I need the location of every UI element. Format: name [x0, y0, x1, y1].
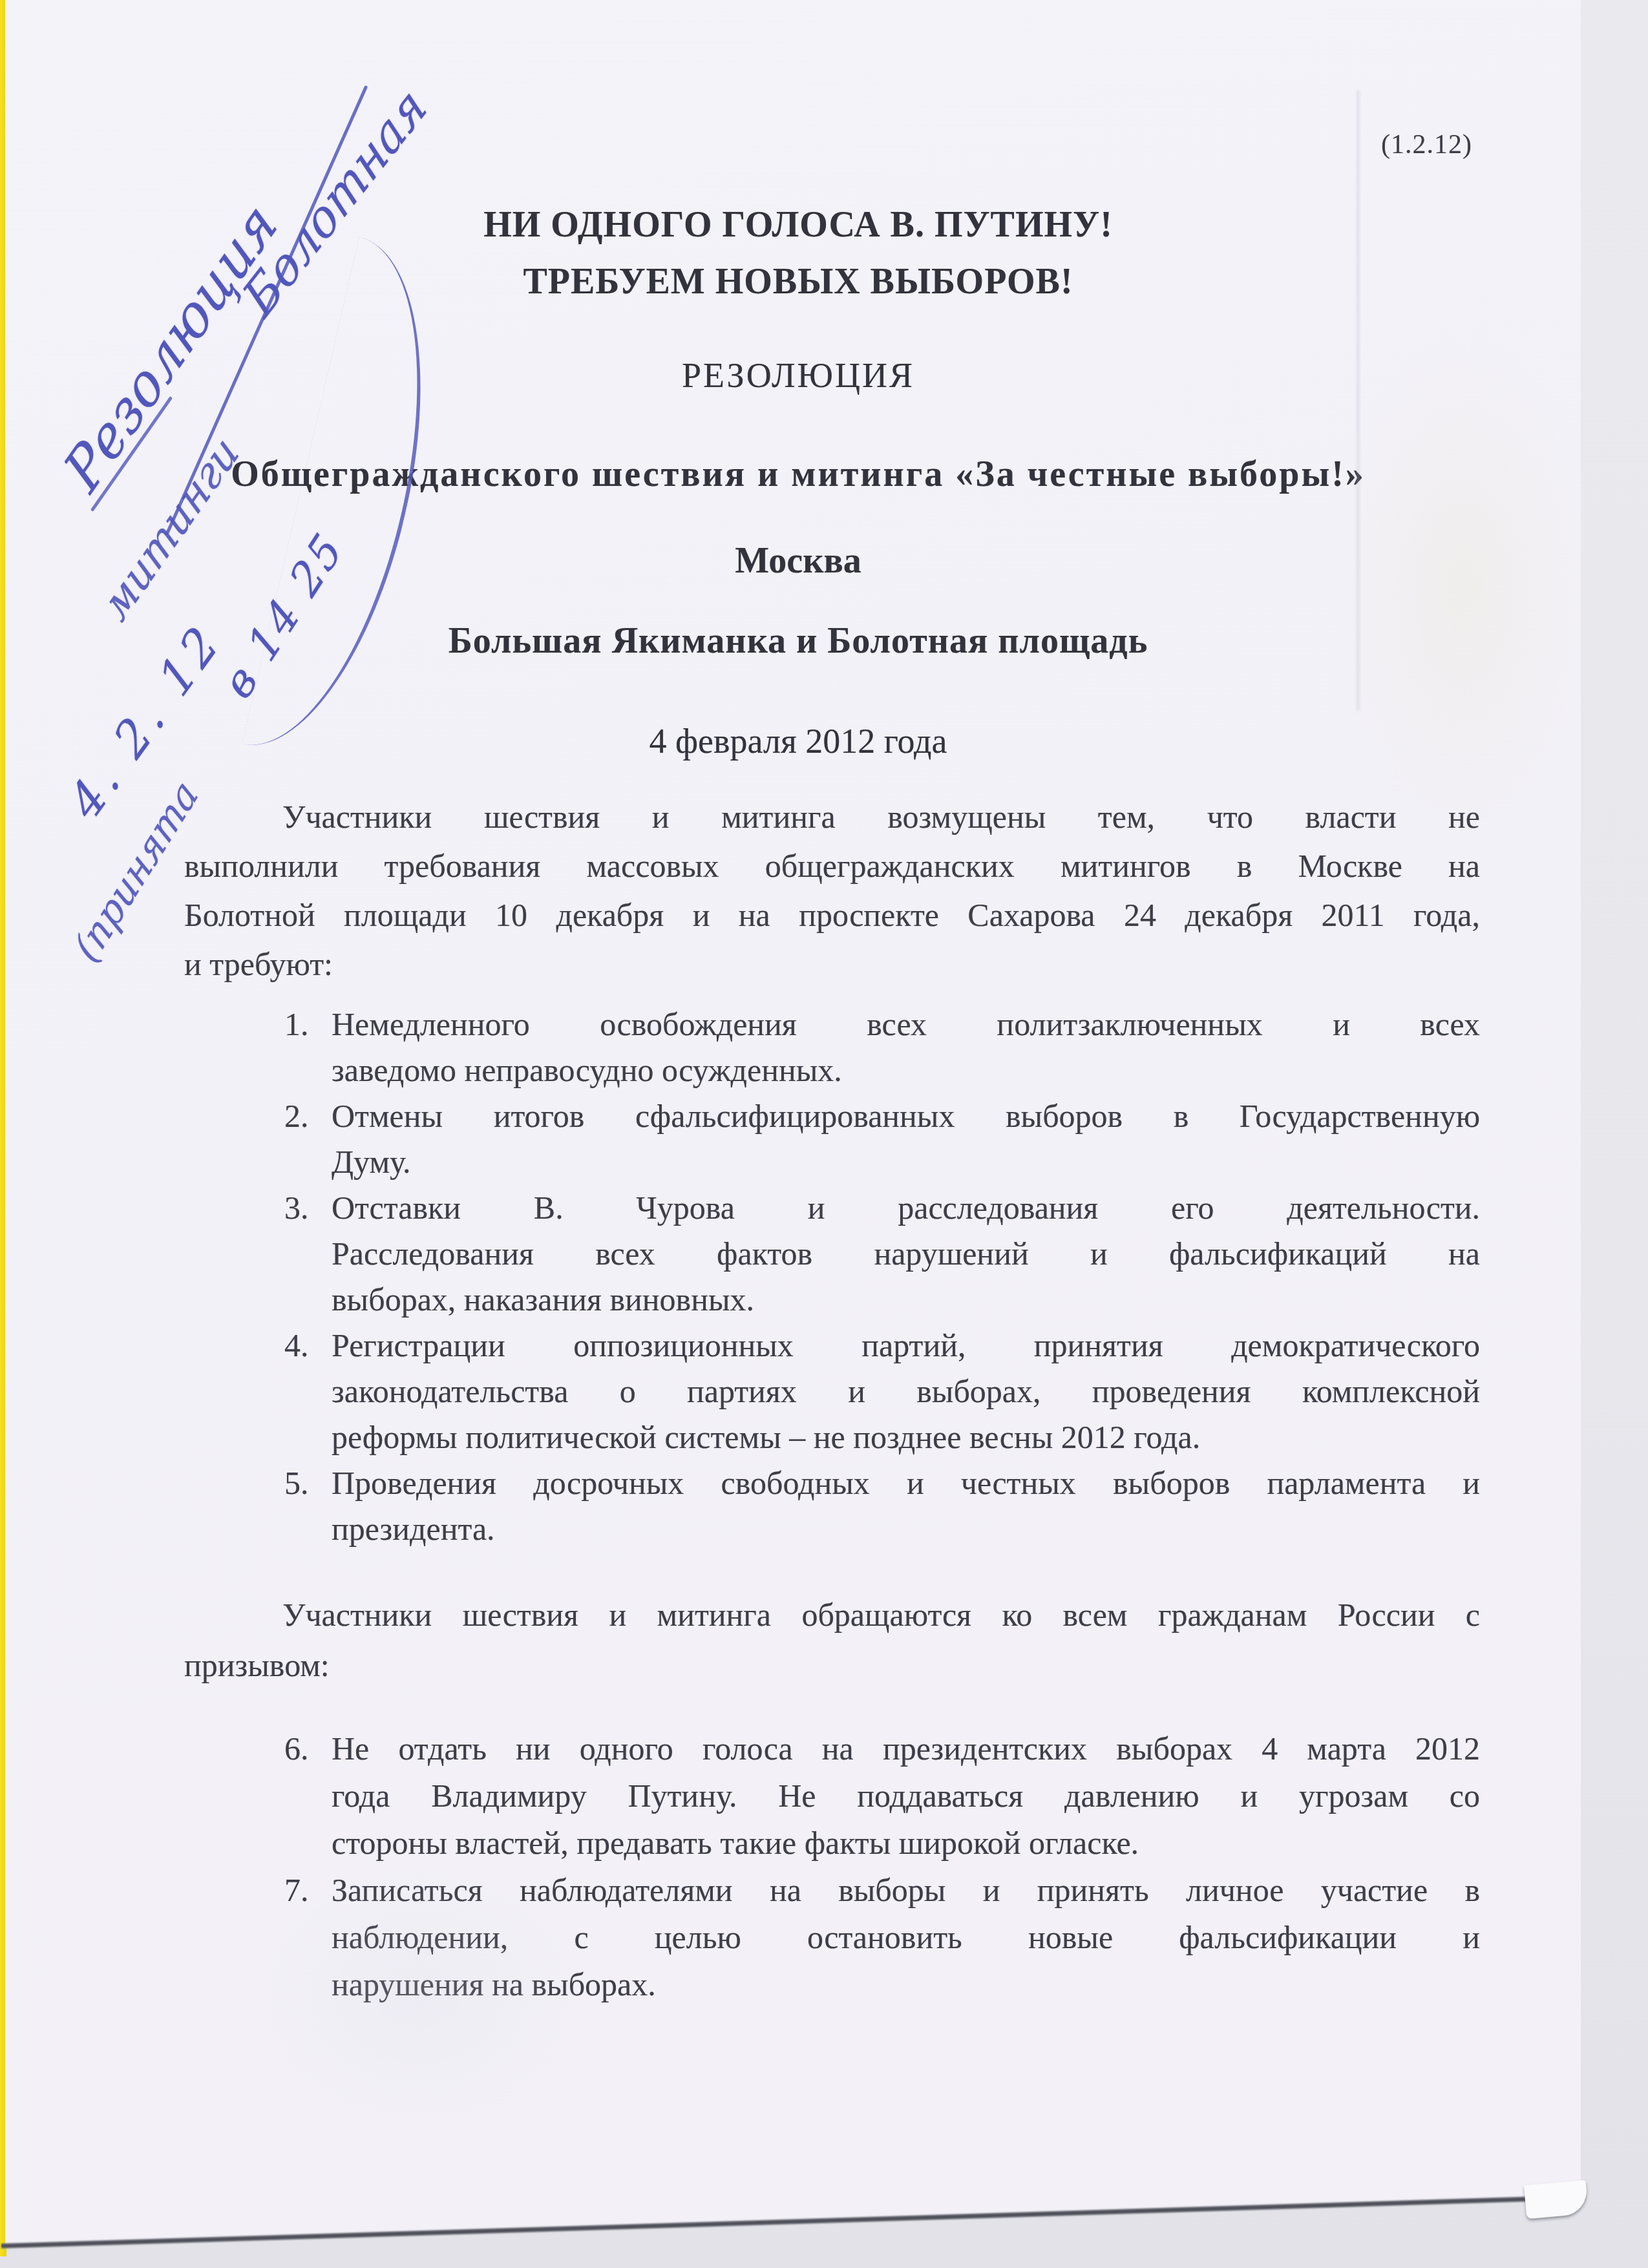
list-item: 6. Не отдать ни одного голоса на президе…: [184, 1725, 1480, 1867]
paper-sheet: (1.2.12) НИ ОДНОГО ГОЛОСА В. ПУТИНУ! ТРЕ…: [5, 0, 1581, 2268]
date-heading: 4 февраля 2012 года: [110, 721, 1486, 761]
item-number: 5.: [284, 1460, 309, 1506]
paragraph-line: Болотной площади 10 декабря и на проспек…: [184, 890, 1480, 940]
list-item: 4. Регистрации оппозиционных партий, при…: [184, 1323, 1480, 1460]
item-number: 4.: [284, 1323, 309, 1369]
item-number: 1.: [284, 1002, 309, 1047]
list-item: 5. Проведения досрочных свободных и чест…: [184, 1460, 1480, 1552]
paragraph-line: Участники шествия и митинга обращаются к…: [184, 1590, 1480, 1640]
scanned-document-page: (1.2.12) НИ ОДНОГО ГОЛОСА В. ПУТИНУ! ТРЕ…: [0, 0, 1648, 2268]
list-item: 3. Отставки В. Чурова и расследования ег…: [184, 1185, 1480, 1323]
item-line: заведомо неправосудно осужденных.: [332, 1047, 1480, 1093]
item-number: 3.: [284, 1185, 309, 1231]
demands-list: 1. Немедленного освобождения всех политз…: [184, 1002, 1480, 1552]
page-note: (1.2.12): [1227, 129, 1472, 160]
item-line: стороны властей, предавать такие факты ш…: [332, 1820, 1480, 1867]
list-item: 1. Немедленного освобождения всех политз…: [184, 1002, 1480, 1093]
item-number: 6.: [284, 1725, 309, 1772]
item-line: законодательства о партиях и выборах, пр…: [332, 1369, 1480, 1414]
paper-stain: [251, 1861, 587, 2132]
appeal-paragraph: Участники шествия и митинга обращаются к…: [184, 1590, 1480, 1690]
paragraph-line: Участники шествия и митинга возмущены те…: [184, 792, 1480, 841]
item-line: Немедленного освобождения всех политзакл…: [332, 1002, 1480, 1047]
item-number: 2.: [284, 1093, 309, 1139]
item-line: Не отдать ни одного голоса на президентс…: [332, 1725, 1480, 1772]
item-line: Отмены итогов сфальсифицированных выборо…: [332, 1093, 1480, 1139]
paper-stain: [1324, 323, 1601, 853]
paper-corner-curl: [1524, 2180, 1589, 2219]
paragraph-line: и требуют:: [184, 940, 1480, 989]
item-line: Регистрации оппозиционных партий, принят…: [332, 1323, 1480, 1369]
paragraph-line: призывом:: [184, 1640, 1480, 1690]
item-line: Думу.: [332, 1139, 1480, 1185]
item-line: Отставки В. Чурова и расследования его д…: [332, 1185, 1480, 1231]
item-line: реформы политической системы – не поздне…: [332, 1414, 1480, 1460]
list-item: 2. Отмены итогов сфальсифицированных выб…: [184, 1093, 1480, 1185]
item-line: Проведения досрочных свободных и честных…: [332, 1460, 1480, 1506]
doc-type-heading: РЕЗОЛЮЦИЯ: [110, 355, 1486, 395]
item-line: года Владимиру Путину. Не поддаваться да…: [332, 1772, 1480, 1820]
item-line: президента.: [332, 1506, 1480, 1552]
paragraph-line: выполнили требования массовых общегражда…: [184, 841, 1480, 890]
intro-paragraph: Участники шествия и митинга возмущены те…: [184, 792, 1480, 989]
item-line: Расследования всех фактов нарушений и фа…: [332, 1231, 1480, 1277]
item-line: выборах, наказания виновных.: [332, 1277, 1480, 1323]
